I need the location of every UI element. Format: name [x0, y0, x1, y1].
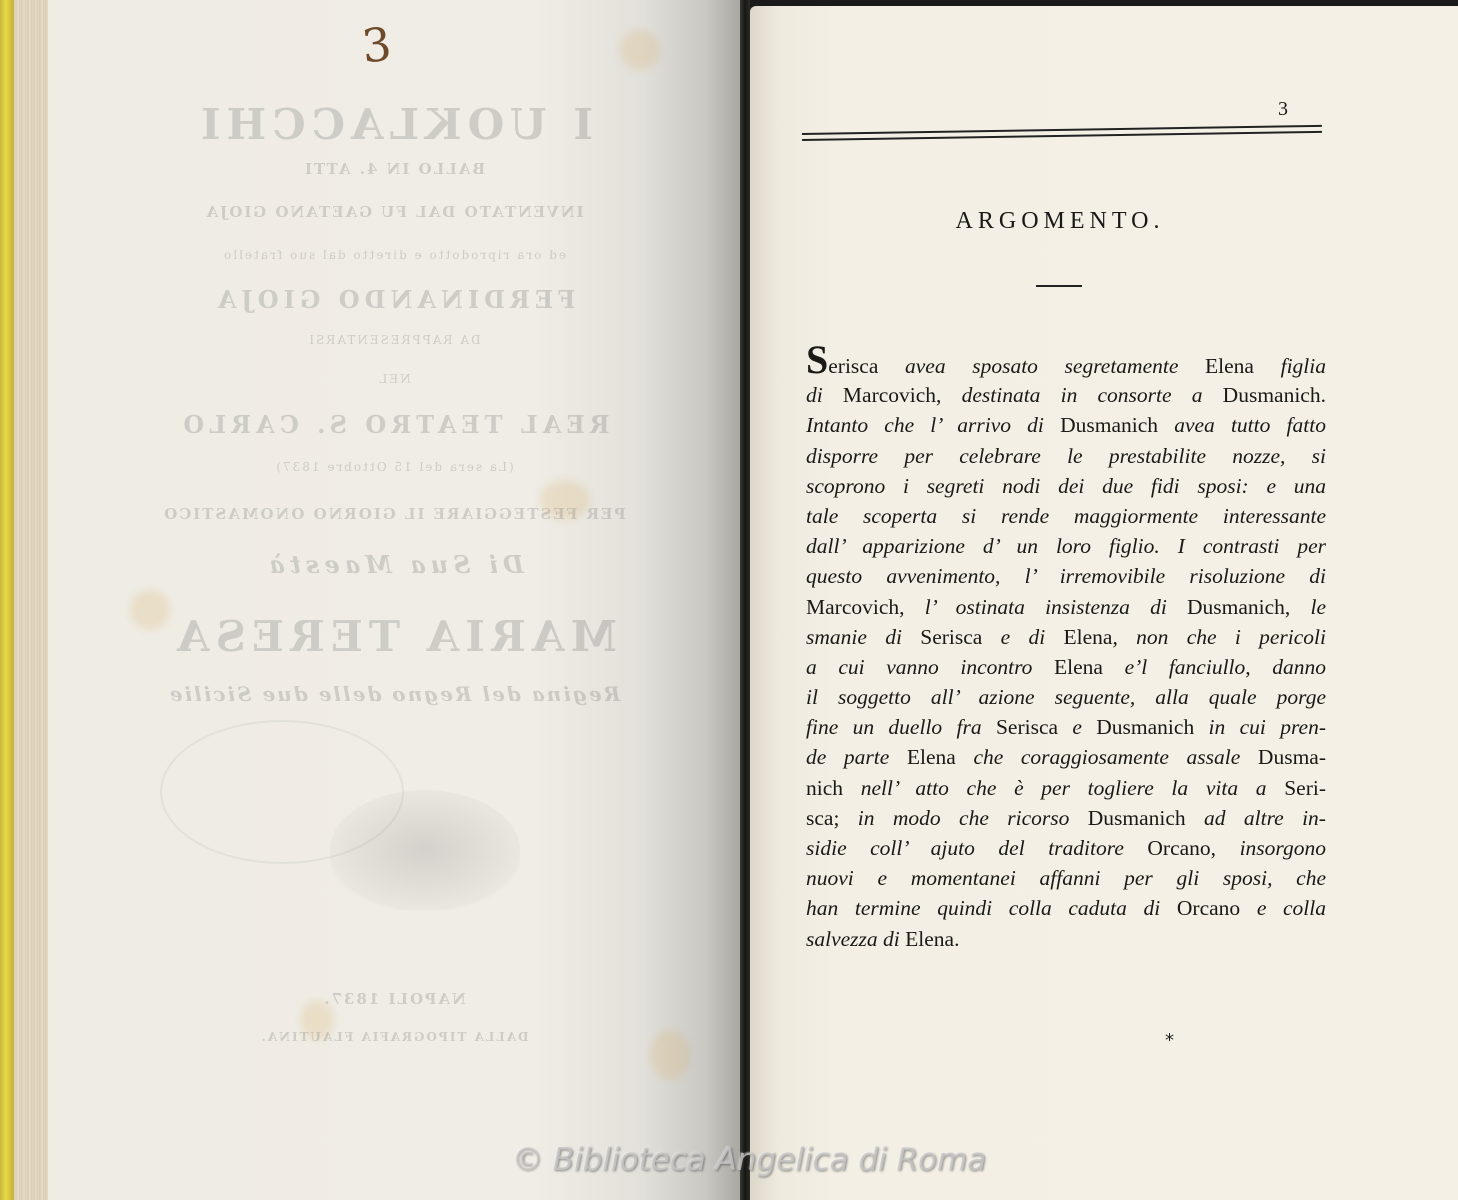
text-run: Marcovich,: [843, 383, 962, 407]
page-number: 3: [1278, 98, 1288, 121]
show-through-title: I UOKLACCHI: [48, 100, 740, 149]
heading-rule: [1036, 285, 1082, 287]
show-through-line: NEL: [48, 372, 740, 386]
text-run: Seri-: [1284, 776, 1326, 800]
text-run: ad altre in-: [1204, 806, 1326, 830]
book-spine: [740, 0, 750, 1200]
text-run: le: [1310, 595, 1326, 619]
text-run: che coraggiosamente assale: [973, 745, 1257, 769]
show-through-line: DA RAPPRESENTARSI: [48, 333, 740, 347]
show-through-line: FERDINANDO GIOJA: [48, 285, 740, 314]
text-line: Serisca avea sposato segretamente Elena …: [806, 350, 1326, 380]
text-run: nuovi e momentanei affanni per gli sposi…: [806, 866, 1326, 890]
text-run: il soggetto all’ azione seguente, alla q…: [806, 685, 1326, 709]
text-run: disporre per celebrare le prestabilite n…: [806, 444, 1326, 468]
text-run: de parte: [806, 745, 907, 769]
text-run: han termine quindi colla caduta di: [806, 896, 1177, 920]
text-run: Elena.: [905, 927, 959, 951]
text-run: erisca: [828, 354, 905, 378]
show-through-line: NAPOLI 1837.: [48, 990, 740, 1008]
text-line: questo avvenimento, l’ irremovibile riso…: [806, 561, 1326, 591]
text-run: scoprono i segreti nodi dei due fidi spo…: [806, 474, 1326, 498]
text-line: il soggetto all’ azione seguente, alla q…: [806, 682, 1326, 712]
text-run: a cui vanno incontro: [806, 655, 1054, 679]
text-run: Serisca: [996, 715, 1072, 739]
text-run: dall’ apparizione d’ un loro figlio. I c…: [806, 534, 1326, 558]
text-run: Orcano: [1177, 896, 1257, 920]
text-run: non che i pericoli: [1136, 625, 1326, 649]
text-line: salvezza di Elena.: [806, 924, 1326, 954]
drop-cap: S: [806, 337, 828, 382]
handwritten-number: 3: [359, 17, 394, 74]
text-run: e colla: [1257, 896, 1326, 920]
text-line: sca; in modo che ricorso Dusmanich ad al…: [806, 803, 1326, 833]
text-run: di: [806, 383, 843, 407]
page-heading: ARGOMENTO.: [800, 208, 1320, 235]
book-spread: I UOKLACCHI BALLO IN 4. ATTI INVENTATO D…: [0, 0, 1458, 1200]
show-through-line: Di Sua Maestà: [48, 550, 740, 579]
text-run: e: [1072, 715, 1096, 739]
text-run: e’l fanciullo, danno: [1125, 655, 1326, 679]
text-run: nell’ atto che è per togliere la vita a: [861, 776, 1284, 800]
copyright-watermark: © Biblioteca Angelica di Roma: [512, 1142, 986, 1178]
text-run: l’ ostinata insistenza di: [925, 595, 1187, 619]
show-through-line: PER FESTEGGIARE IL GIORNO ONOMASTICO: [48, 505, 740, 523]
text-line: smanie di Serisca e di Elena, non che i …: [806, 622, 1326, 652]
text-run: tale scoperta si rende maggiormente inte…: [806, 504, 1326, 528]
show-through-line: REAL TEATRO S. CARLO: [48, 410, 740, 439]
text-run: destinata in consorte a: [962, 383, 1223, 407]
text-run: Marcovich,: [806, 595, 925, 619]
text-line: dall’ apparizione d’ un loro figlio. I c…: [806, 531, 1326, 561]
show-through-line: MARIA TERESA: [48, 612, 740, 661]
foxing-stain: [620, 30, 660, 70]
text-run: Dusmanich: [1088, 806, 1204, 830]
text-run: in cui pren-: [1209, 715, 1326, 739]
text-run: Elena: [1054, 655, 1125, 679]
text-run: e di: [1001, 625, 1064, 649]
text-line: nich nell’ atto che è per togliere la vi…: [806, 773, 1326, 803]
text-run: Dusma-: [1258, 745, 1326, 769]
text-line: disporre per celebrare le prestabilite n…: [806, 441, 1326, 471]
text-run: figlia: [1281, 354, 1326, 378]
text-run: avea tutto fatto: [1174, 413, 1326, 437]
text-line: Marcovich, l’ ostinata insistenza di Dus…: [806, 592, 1326, 622]
text-run: sca;: [806, 806, 858, 830]
page-edges: [14, 0, 48, 1200]
text-line: tale scoperta si rende maggiormente inte…: [806, 501, 1326, 531]
text-run: avea sposato segretamente: [905, 354, 1205, 378]
signature-mark: *: [1165, 1030, 1174, 1051]
text-run: questo avvenimento, l’ irremovibile riso…: [806, 564, 1326, 588]
text-line: Intanto che l’ arrivo di Dusmanich avea …: [806, 410, 1326, 440]
text-run: Elena: [1205, 354, 1281, 378]
text-line: fine un duello fra Serisca e Dusmanich i…: [806, 712, 1326, 742]
text-run: smanie di: [806, 625, 920, 649]
book-edge-yellow: [0, 0, 14, 1200]
text-run: Intanto che l’ arrivo di: [806, 413, 1060, 437]
text-line: scoprono i segreti nodi dei due fidi spo…: [806, 471, 1326, 501]
show-through-line: DALLA TIPOGRAFIA FLAUTINA.: [48, 1030, 740, 1044]
text-line: nuovi e momentanei affanni per gli sposi…: [806, 863, 1326, 893]
text-run: insorgono: [1240, 836, 1326, 860]
text-run: Dusmanich.: [1223, 383, 1326, 407]
show-through-line: Regina del Regno delle due Sicilie: [48, 682, 740, 706]
text-run: sidie coll’ ajuto del traditore: [806, 836, 1147, 860]
text-run: in modo che ricorso: [858, 806, 1088, 830]
text-run: Dusmanich: [1060, 413, 1174, 437]
text-line: a cui vanno incontro Elena e’l fanciullo…: [806, 652, 1326, 682]
text-run: Elena: [907, 745, 974, 769]
text-run: Serisca: [920, 625, 1000, 649]
show-through-line: (La sera del 15 Ottobre 1837): [48, 460, 740, 474]
text-line: sidie coll’ ajuto del traditore Orcano, …: [806, 833, 1326, 863]
text-run: Orcano,: [1147, 836, 1239, 860]
text-run: Elena,: [1064, 625, 1137, 649]
show-through-emblem: [330, 790, 520, 910]
text-run: salvezza di: [806, 927, 905, 951]
text-line: de parte Elena che coraggiosamente assal…: [806, 742, 1326, 772]
text-run: Dusmanich: [1096, 715, 1208, 739]
text-line: han termine quindi colla caduta di Orcan…: [806, 893, 1326, 923]
text-run: fine un duello fra: [806, 715, 996, 739]
show-through-line: ed ora riprodotto e diretto dal suo frat…: [48, 248, 740, 262]
show-through-line: INVENTATO DAL FU GAETANO GIOJA: [48, 203, 740, 221]
argument-body: Serisca avea sposato segretamente Elena …: [806, 350, 1326, 954]
text-run: Dusmanich,: [1187, 595, 1310, 619]
text-run: nich: [806, 776, 861, 800]
show-through-line: BALLO IN 4. ATTI: [48, 160, 740, 178]
text-line: di Marcovich, destinata in consorte a Du…: [806, 380, 1326, 410]
